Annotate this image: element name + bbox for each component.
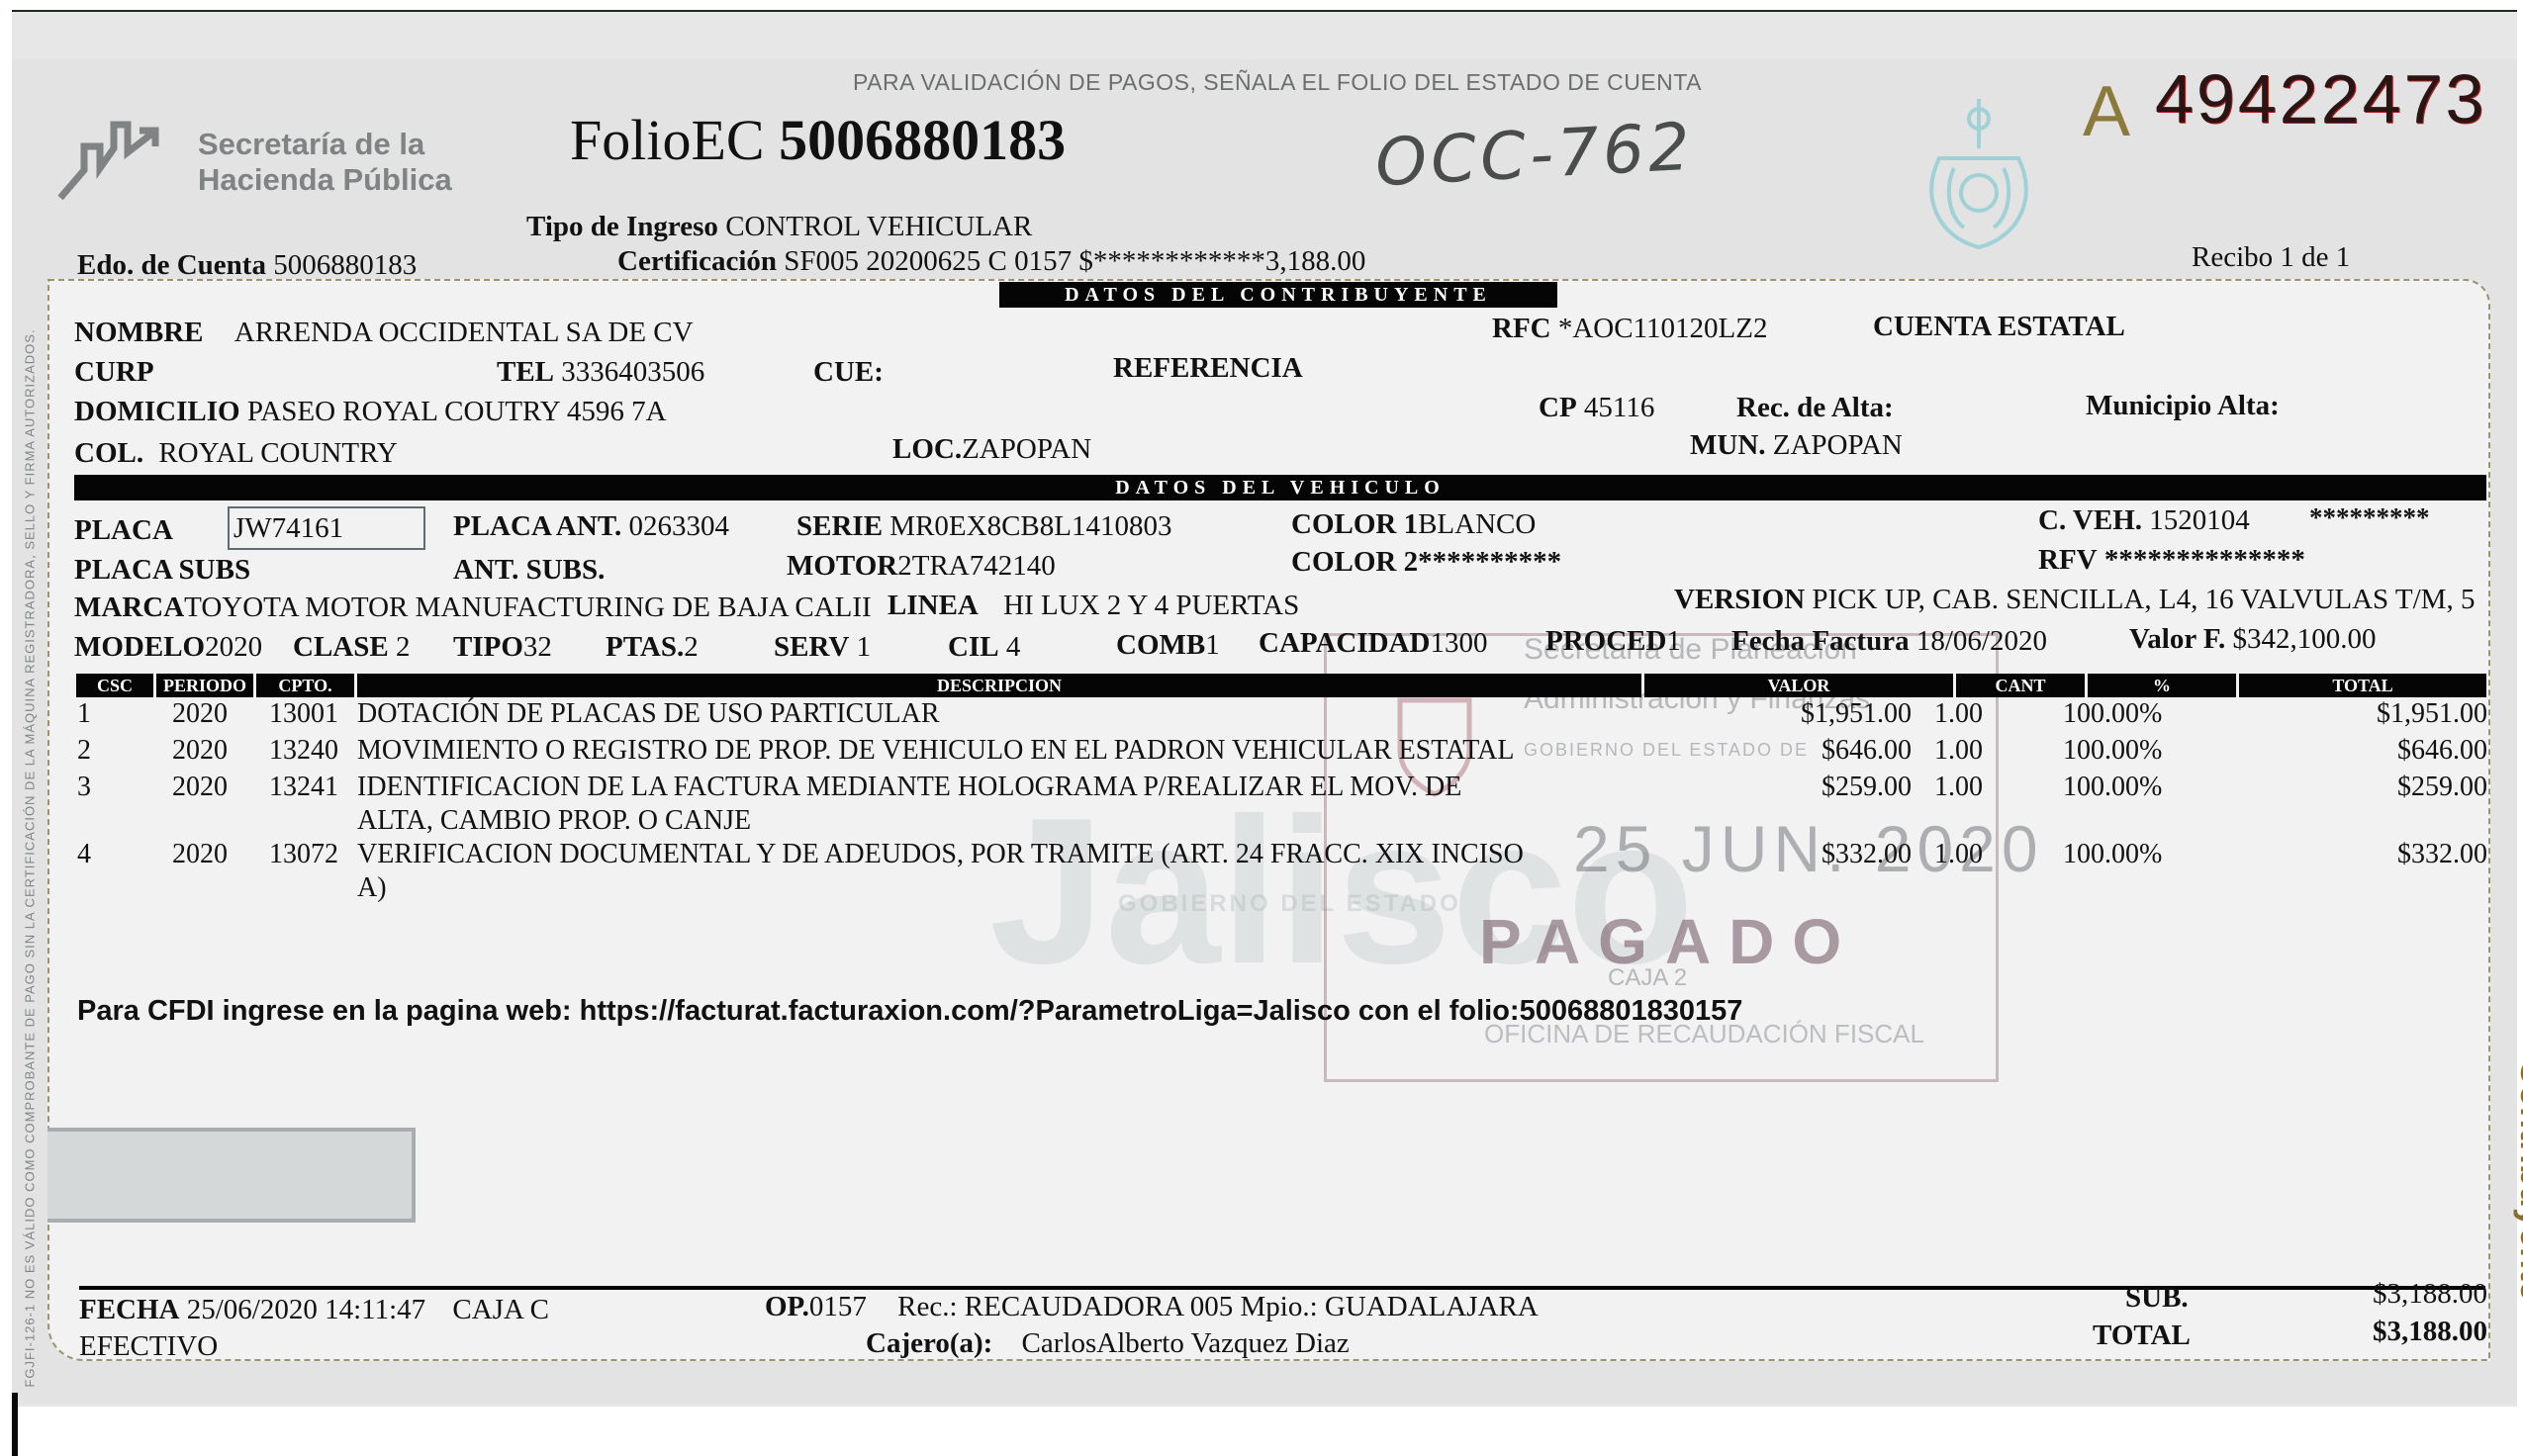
clase-field: CLASE 2 [293,631,410,664]
total-value: $3,188.00 [2276,1316,2487,1348]
marca-label: MARCA [74,591,184,623]
domicilio-label: DOMICILIO [74,396,240,427]
tipo-ingreso-label: Tipo de Ingreso [526,211,718,242]
cveh-label: C. VEH. [2038,504,2142,536]
table-cell-pct: 100.00% [2063,698,2221,730]
curp-label: CURP [74,356,154,389]
table-cell-valor: $1,951.00 [1642,698,1912,730]
table-cell-cant: 1.00 [1934,698,2033,730]
tel-value: 3336403506 [561,356,704,388]
placa-ant-field: PLACA ANT. 0263304 [453,510,729,543]
col-field: COL. ROYAL COUNTRY [74,437,398,470]
tipo-label: TIPO [453,631,523,663]
mpio-value: GUADALAJARA [1325,1291,1539,1322]
cue-label: CUE: [813,356,884,389]
table-cell-csc: 3 [77,772,137,803]
total-label: TOTAL [2093,1319,2191,1352]
ptas-value: 2 [684,631,699,663]
serial-prefix: A [2083,71,2130,152]
version-label: VERSION [1674,584,1805,615]
fecha-value: 25/06/2020 14:11:47 [187,1294,425,1325]
loc-label: LOC. [892,433,962,465]
domicilio-value: PASEO ROYAL COUTRY 4596 7A [247,396,667,427]
op-field: OP.0157 Rec.: RECAUDADORA 005 Mpio.: GUA… [765,1291,1539,1323]
comb-label: COMB [1116,629,1205,661]
ant-subs-label: ANT. SUBS. [453,554,605,587]
color2-field: COLOR 2********** [1291,546,1561,579]
validation-box [47,1128,416,1223]
serie-label: SERIE [796,510,883,542]
tipo-ingreso-value: CONTROL VEHICULAR [725,211,1032,242]
table-cell-valor: $259.00 [1642,772,1912,803]
serv-label: SERV [774,631,849,663]
marca-value: TOYOTA MOTOR MANUFACTURING DE BAJA CALII [184,591,872,623]
subtotal-label: SUB. [2125,1282,2189,1315]
col-label: COL. [74,437,143,469]
table-cell-valor: $332.00 [1642,839,1912,870]
color2-value: ********** [1418,546,1561,578]
col-header-periodo: PERIODO [156,674,253,697]
cp-field: CP 45116 [1539,392,1654,424]
referencia-label: REFERENCIA [1113,352,1303,385]
fecha-factura-value: 18/06/2020 [1916,625,2047,657]
tel-field: TEL 3336403506 [497,356,704,389]
cajero-label: Cajero(a): [866,1327,992,1359]
cajero-field: Cajero(a): CarlosAlberto Vazquez Diaz [866,1327,1350,1360]
recibo-count: Recibo 1 de 1 [2192,241,2350,274]
mun-label: MUN. [1690,429,1766,461]
nombre-field: NOMBRE ARRENDA OCCIDENTAL SA DE CV [74,317,694,349]
valor-f-field: Valor F. $342,100.00 [2129,623,2377,656]
rfv-label: RFV [2038,544,2098,576]
placa-ant-value: 0263304 [629,510,730,542]
ptas-field: PTAS.2 [606,631,699,664]
jalisco-crest-hologram-icon [1910,89,2048,257]
forma-pago: EFECTIVO [79,1330,218,1363]
certificacion: Certificación SF005 20200625 C 0157 $***… [617,245,1365,278]
section-title-vehiculo: DATOS DEL VEHICULO [74,475,2486,500]
cil-field: CIL 4 [948,631,1020,664]
agency-line-1: Secretaría de la [198,127,452,162]
nombre-value: ARRENDA OCCIDENTAL SA DE CV [234,317,694,348]
col-header-pct: % [2088,674,2236,697]
motor-label: MOTOR [787,550,897,582]
table-cell-pct: 100.00% [2063,839,2221,870]
tel-label: TEL [497,356,554,388]
subtotal-value: $3,188.00 [2276,1278,2487,1311]
color1-field: COLOR 1BLANCO [1291,508,1536,541]
edo-cuenta-label: Edo. de Cuenta [77,249,266,281]
table-cell-cant: 1.00 [1934,735,2033,767]
legal-margin-text: FGJFI-126-1 NO ES VÁLIDO COMO COMPROBANT… [23,324,38,1393]
table-cell-total: $1,951.00 [2276,698,2487,730]
agency-name: Secretaría de la Hacienda Pública [198,127,452,198]
serv-field: SERV 1 [774,631,871,664]
edo-cuenta: Edo. de Cuenta 5006880183 [77,249,417,282]
table-cell-periodo: 2020 [172,698,243,730]
linea-value: HI LUX 2 Y 4 PUERTAS [1003,590,1299,621]
modelo-row: MODELO2020 [74,631,262,664]
rfc-label: RFC [1492,313,1551,344]
agency-line-2: Hacienda Pública [198,162,452,198]
copy-label: Contribuyente [2512,1059,2523,1317]
folio-ec: FolioEC 5006880183 [570,107,1066,173]
table-cell-descripcion: VERIFICACION DOCUMENTAL Y DE ADEUDOS, PO… [357,839,1634,870]
stamp-caja: CAJA 2 [1608,964,1687,992]
loc-value: ZAPOPAN [962,433,1091,465]
proced-label: PROCED [1545,625,1666,657]
version-field: VERSION PICK UP, CAB. SENCILLA, L4, 16 V… [1674,584,2475,616]
table-cell-csc: 4 [77,839,137,870]
comb-value: 1 [1205,629,1220,661]
rfc-value: *AOC110120LZ2 [1558,313,1768,344]
scan-edge-mark [12,1393,18,1456]
modelo-value: 2020 [205,631,262,663]
fecha-factura-field: Fecha Factura 18/06/2020 [1731,625,2047,658]
capacidad-label: CAPACIDAD [1259,627,1430,659]
linea-label: LINEA [888,590,979,621]
rec-value: RECAUDADORA 005 [965,1291,1234,1322]
edo-cuenta-value: 5006880183 [273,249,417,281]
rec-alta-label: Rec. de Alta: [1736,392,1894,424]
table-cell-valor: $646.00 [1642,735,1912,767]
clase-label: CLASE [293,631,389,663]
table-cell-pct: 100.00% [2063,772,2221,803]
tipo-value: 32 [523,631,552,663]
mun-value: ZAPOPAN [1773,429,1903,461]
mun-field: MUN. ZAPOPAN [1690,429,1903,462]
color1-label: COLOR 1 [1291,508,1418,540]
fecha-factura-label: Fecha Factura [1731,625,1910,657]
color1-value: BLANCO [1418,508,1536,540]
loc-field: LOC.ZAPOPAN [892,433,1091,466]
cfdi-note: Para CFDI ingrese en la pagina web: http… [77,995,1742,1028]
capacidad-field: CAPACIDAD1300 [1259,627,1487,660]
domicilio-field: DOMICILIO PASEO ROYAL COUTRY 4596 7A [74,396,667,428]
col-value: ROYAL COUNTRY [158,437,397,469]
serv-value: 1 [857,631,872,663]
cveh-value: 1520104 [2149,504,2250,536]
table-cell-descripcion: MOVIMIENTO O REGISTRO DE PROP. DE VEHICU… [357,735,1634,767]
cuenta-estatal-label: CUENTA ESTATAL [1873,311,2125,343]
table-cell-descripcion: DOTACIÓN DE PLACAS DE USO PARTICULAR [357,698,1634,730]
cil-label: CIL [948,631,999,663]
folio-value: 5006880183 [779,108,1066,172]
col-header-csc: CSC [76,674,153,697]
rfv-field: RFV ************** [2038,544,2305,577]
comb-field: COMB1 [1116,629,1220,662]
hacienda-logo-icon [54,119,165,202]
version-value: PICK UP, CAB. SENCILLA, L4, 16 VALVULAS … [1812,584,2475,615]
table-cell-pct: 100.00% [2063,735,2221,767]
table-cell-descripcion-cont: ALTA, CAMBIO PROP. O CANJE [357,805,751,837]
col-header-valor: VALOR [1644,674,1953,697]
certificacion-label: Certificación [617,245,777,277]
motor-value: 2TRA742140 [897,550,1056,582]
serie-field: SERIE MR0EX8CB8L1410803 [796,510,1171,543]
folio-label: FolioEC [570,108,765,172]
table-cell-cpto: 13240 [269,735,356,767]
section-title-contribuyente: DATOS DEL CONTRIBUYENTE [999,282,1557,308]
table-cell-cpto: 13001 [269,698,356,730]
table-cell-csc: 1 [77,698,137,730]
cajero-value: CarlosAlberto Vazquez Diaz [1022,1327,1350,1359]
placa-subs-label: PLACA SUBS [74,554,250,587]
table-cell-periodo: 2020 [172,772,243,803]
col-header-total: TOTAL [2239,674,2486,697]
serial-number: 49422473 [2155,59,2486,138]
placa-label: PLACA [74,514,173,547]
placa-ant-label: PLACA ANT. [453,510,621,542]
clase-value: 2 [396,631,411,663]
motor-field: MOTOR2TRA742140 [787,550,1056,583]
op-value: 0157 [809,1291,867,1322]
cil-value: 4 [1006,631,1021,663]
table-cell-total: $332.00 [2276,839,2487,870]
cp-label: CP [1539,392,1577,423]
serie-value: MR0EX8CB8L1410803 [889,510,1171,542]
valor-f-label: Valor F. [2129,623,2225,655]
caja-value: CAJA C [452,1294,549,1325]
validation-note: PARA VALIDACIÓN DE PAGOS, SEÑALA EL FOLI… [853,69,1702,96]
vehiculo-title-text: DATOS DEL VEHICULO [1115,477,1446,499]
proced-field: PROCED1 [1545,625,1681,658]
table-cell-periodo: 2020 [172,839,243,870]
rfv-value: ************** [2104,544,2305,576]
table-cell-total: $259.00 [2276,772,2487,803]
tipo-field: TIPO32 [453,631,552,664]
rec-label: Rec.: [897,1291,957,1322]
ptas-label: PTAS. [606,631,684,663]
cveh-extra: ********* [2309,502,2430,533]
mpio-label: Mpio.: [1241,1291,1318,1322]
linea-field: LINEA HI LUX 2 Y 4 PUERTAS [888,590,1299,622]
certificacion-value: SF005 20200625 C 0157 $************3,188… [784,245,1365,277]
table-cell-periodo: 2020 [172,735,243,767]
col-header-descripcion: DESCRIPCION [357,674,1641,697]
table-cell-cpto: 13072 [269,839,356,870]
placa-value-box: JW74161 [228,506,425,550]
table-cell-total: $646.00 [2276,735,2487,767]
proced-value: 1 [1666,625,1681,657]
op-label: OP. [765,1291,809,1322]
fecha-field: FECHA 25/06/2020 14:11:47 CAJA C [79,1294,549,1326]
table-cell-cpto: 13241 [269,772,356,803]
nombre-label: NOMBRE [74,317,204,348]
cp-value: 45116 [1584,392,1654,423]
cveh-field: C. VEH. 1520104 [2038,504,2250,537]
fecha-label: FECHA [79,1294,180,1325]
modelo-label: MODELO [74,631,205,663]
table-cell-cant: 1.00 [1934,839,2033,870]
valor-f-value: $342,100.00 [2233,623,2377,655]
marca-field: MARCATOYOTA MOTOR MANUFACTURING DE BAJA … [74,591,872,624]
col-header-cpto: CPTO. [256,674,354,697]
municipio-alta-label: Municipio Alta: [2086,390,2280,422]
table-cell-descripcion: IDENTIFICACION DE LA FACTURA MEDIANTE HO… [357,772,1634,803]
table-cell-csc: 2 [77,735,137,767]
rfc-field: RFC *AOC110120LZ2 [1492,313,1767,345]
capacidad-value: 1300 [1430,627,1487,659]
table-cell-descripcion-cont: A) [357,872,387,904]
tipo-ingreso: Tipo de Ingreso CONTROL VEHICULAR [526,211,1032,243]
color2-label: COLOR 2 [1291,546,1418,578]
col-header-cant: CANT [1956,674,2085,697]
table-cell-cant: 1.00 [1934,772,2033,803]
